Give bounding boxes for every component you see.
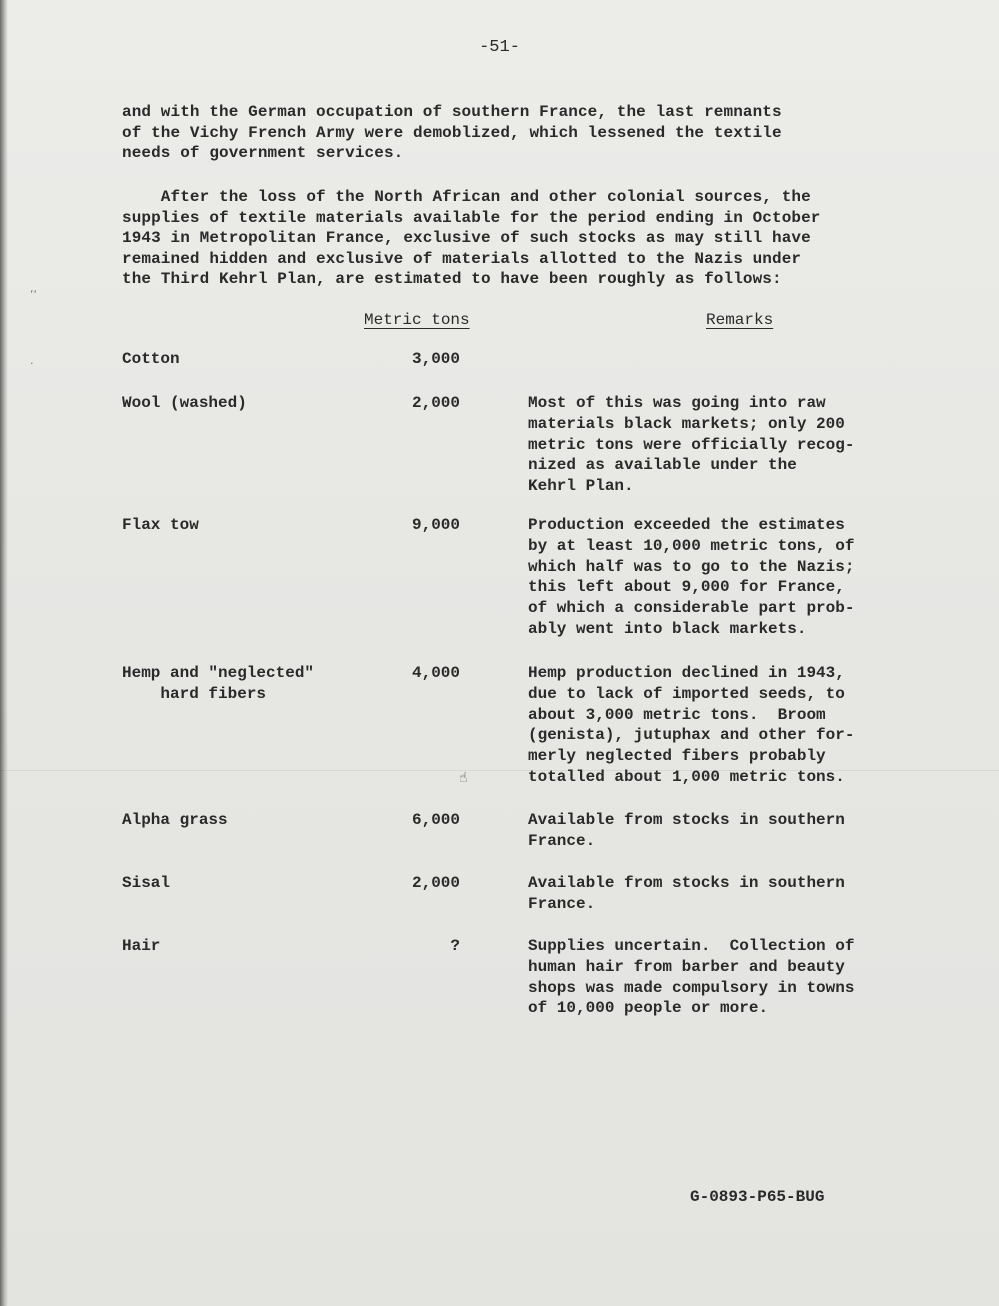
item-remarks: Available from stocks in southern France… <box>528 873 898 915</box>
item-name: Alpha grass <box>122 810 228 831</box>
scan-edge <box>0 0 8 1306</box>
header-metric-tons: Metric tons <box>364 311 470 329</box>
header-remarks: Remarks <box>706 311 773 329</box>
paragraph-1: and with the German occupation of southe… <box>122 102 862 164</box>
item-name: Wool (washed) <box>122 393 247 414</box>
item-name: Sisal <box>122 873 170 894</box>
item-quantity: 2,000 <box>398 393 460 414</box>
item-name: Flax tow <box>122 515 199 536</box>
hand-cursor-icon: ☝ <box>459 770 468 786</box>
item-remarks: Supplies uncertain. Collection of human … <box>528 936 898 1019</box>
paragraph-2: After the loss of the North African and … <box>122 187 862 290</box>
item-quantity: 6,000 <box>398 810 460 831</box>
item-remarks: Production exceeded the estimates by at … <box>528 515 898 640</box>
page-number: -51- <box>0 38 999 57</box>
document-page: ‘‘ · -51- and with the German occupation… <box>0 0 999 1306</box>
scan-mark: ‘‘ <box>30 288 37 301</box>
item-quantity: ? <box>398 936 460 957</box>
item-name: Hemp and "neglected" hard fibers <box>122 663 314 704</box>
item-remarks: Most of this was going into raw material… <box>528 393 898 497</box>
item-name: Cotton <box>122 349 180 370</box>
document-id: G-0893-P65-BUG <box>690 1188 824 1206</box>
item-remarks: Available from stocks in southern France… <box>528 810 898 852</box>
item-quantity: 2,000 <box>398 873 460 894</box>
scan-mark: · <box>30 357 34 370</box>
item-name: Hair <box>122 936 160 957</box>
item-remarks: Hemp production declined in 1943, due to… <box>528 663 898 788</box>
item-quantity: 9,000 <box>398 515 460 536</box>
item-quantity: 4,000 <box>398 663 460 684</box>
item-quantity: 3,000 <box>398 349 460 370</box>
